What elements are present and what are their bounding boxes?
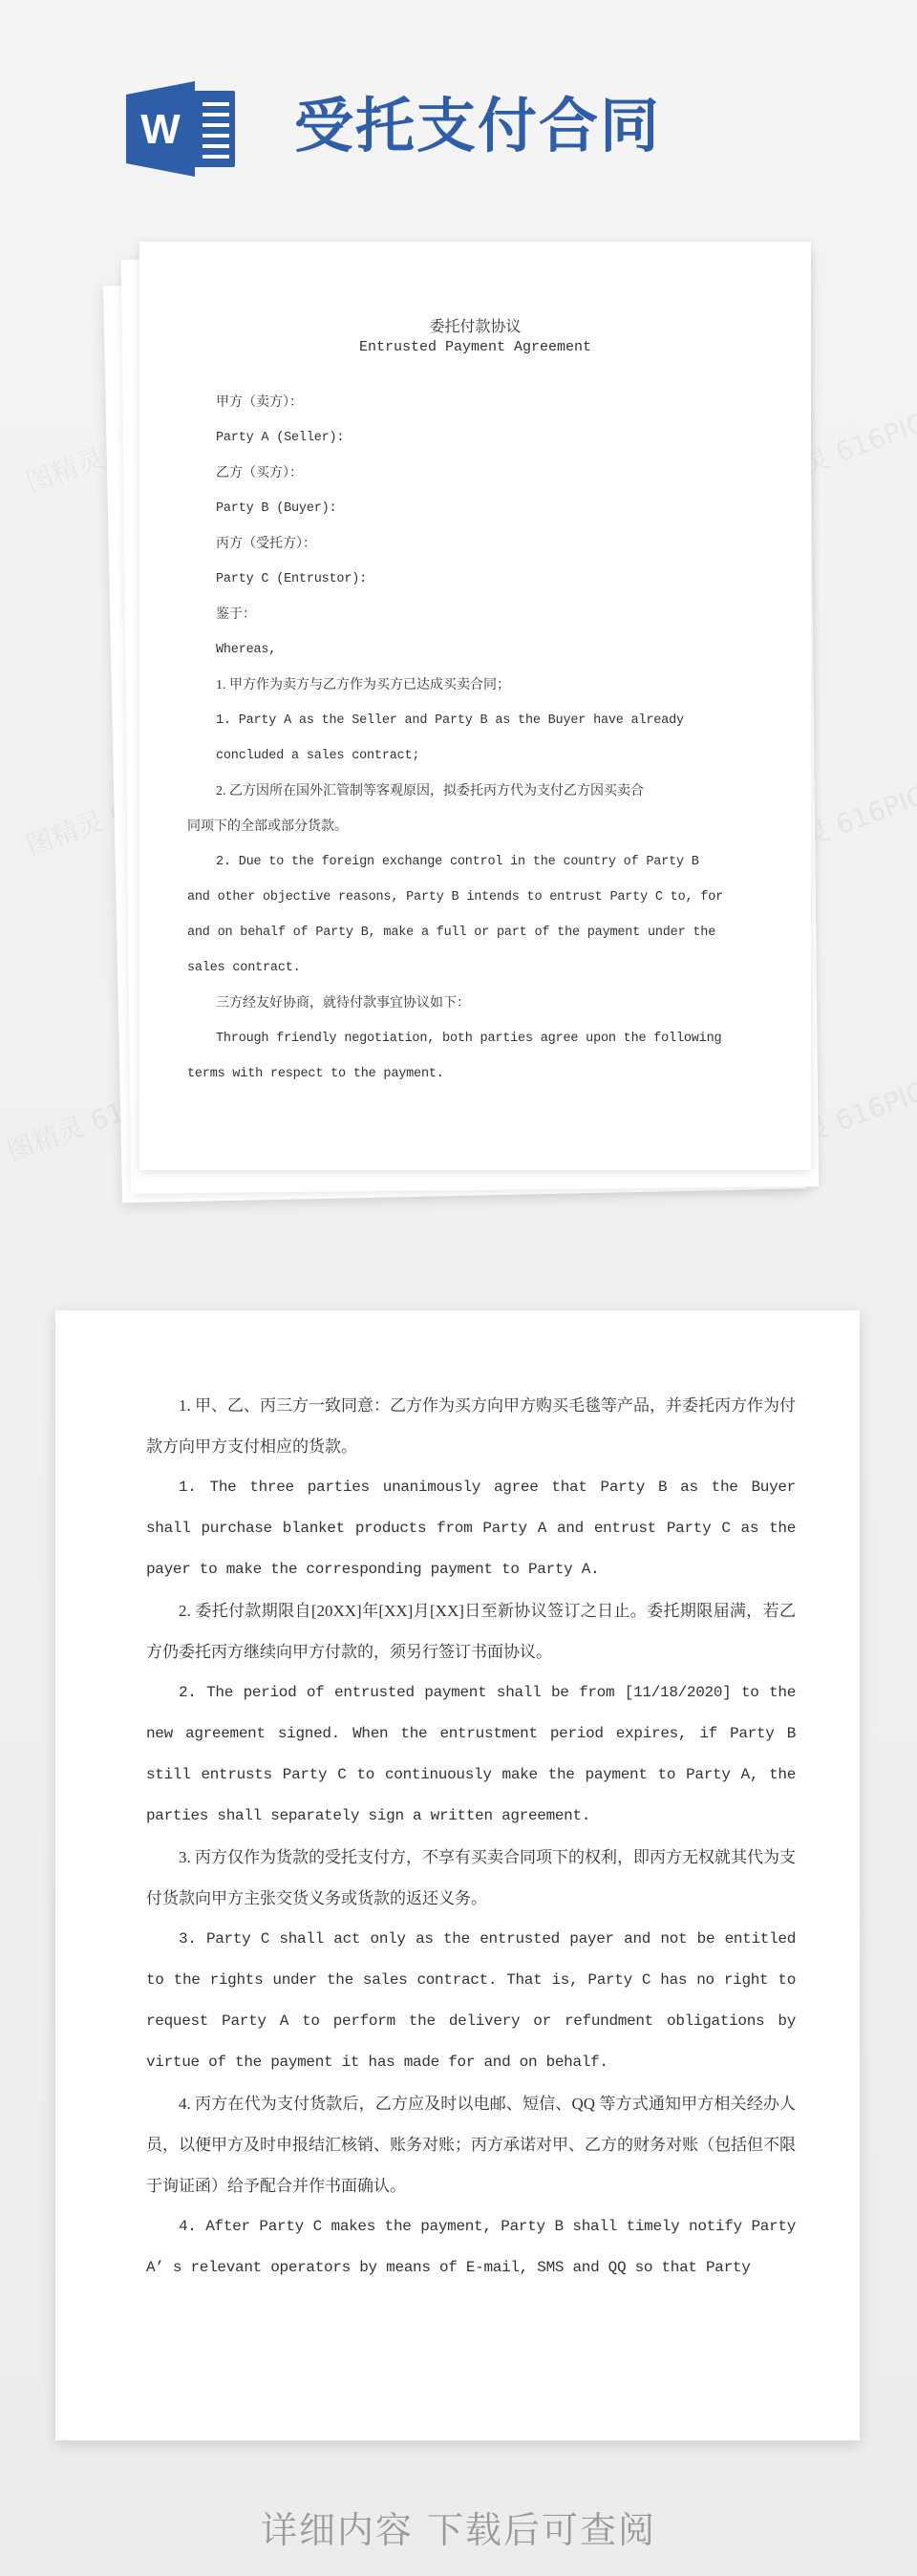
term-4-cn: 4. 丙方在代为支付货款后，乙方应及时以电邮、短信、QQ 等方式通知甲方相关经办… xyxy=(146,2083,796,2206)
document-body: 1. 甲、乙、丙三方一致同意：乙方作为买方向甲方购买毛毯等产品，并委托丙方作为付… xyxy=(146,1385,796,2289)
clause-2-en-cont: and on behalf of Party B, make a full or… xyxy=(187,915,779,950)
document-page-2: 1. 甲、乙、丙三方一致同意：乙方作为买方向甲方购买毛毯等产品，并委托丙方作为付… xyxy=(55,1310,860,2440)
whereas-cn: 鉴于： xyxy=(216,597,779,632)
whereas-en: Whereas, xyxy=(216,632,779,668)
document-title-en: Entrusted Payment Agreement xyxy=(139,339,811,355)
clause-2-en-cont: sales contract. xyxy=(187,950,779,986)
term-1-cn: 1. 甲、乙、丙三方一致同意：乙方作为买方向甲方购买毛毯等产品，并委托丙方作为付… xyxy=(146,1385,796,1467)
party-a-cn: 甲方（卖方）： xyxy=(216,385,779,420)
clause-2-en-cont: and other objective reasons, Party B int… xyxy=(187,880,779,915)
word-document-icon: W xyxy=(126,81,241,177)
page-title: 受托支付合同 xyxy=(294,88,661,164)
document-title-cn: 委托付款协议 xyxy=(139,314,811,336)
term-1-en: 1. The three parties unanimously agree t… xyxy=(146,1467,796,1590)
party-b-cn: 乙方（买方）： xyxy=(216,456,779,491)
word-icon-letter: W xyxy=(134,108,187,152)
clause-2-cn: 2. 乙方因所在国外汇管制等客观原因，拟委托丙方代为支付乙方因买卖合 xyxy=(216,774,779,809)
party-b-en: Party B (Buyer): xyxy=(216,491,779,526)
clause-1-en: 1. Party A as the Seller and Party B as … xyxy=(216,703,779,738)
party-a-en: Party A (Seller): xyxy=(216,420,779,456)
term-3-en: 3. Party C shall act only as the entrust… xyxy=(146,1919,796,2083)
term-3-cn: 3. 丙方仅作为货款的受托支付方，不享有买卖合同项下的权利，即丙方无权就其代为支… xyxy=(146,1837,796,1919)
header: W 受托支付合同 xyxy=(0,0,917,220)
agreement-intro-cn: 三方经友好协商，就待付款事宜协议如下： xyxy=(216,986,779,1021)
clause-2-en: 2. Due to the foreign exchange control i… xyxy=(216,844,779,880)
download-notice: 详细内容 下载后可查阅 xyxy=(0,2501,917,2553)
term-4-en: 4. After Party C makes the payment, Part… xyxy=(146,2206,796,2289)
term-2-en: 2. The period of entrusted payment shall… xyxy=(146,1672,796,1837)
party-c-en: Party C (Entrustor): xyxy=(216,562,779,597)
agreement-intro-en-cont: terms with respect to the payment. xyxy=(187,1056,779,1092)
document-body: 甲方（卖方）： Party A (Seller): 乙方（买方）： Party … xyxy=(216,385,779,1092)
clause-2-cn-cont: 同项下的全部或部分货款。 xyxy=(187,809,779,844)
clause-1-cn: 1. 甲方作为卖方与乙方作为买方已达成买卖合同； xyxy=(216,668,779,703)
party-c-cn: 丙方（受托方）： xyxy=(216,526,779,562)
word-icon-lines xyxy=(203,102,229,165)
term-2-cn: 2. 委托付款期限自[20XX]年[XX]月[XX]日至新协议签订之日止。委托期… xyxy=(146,1590,796,1672)
agreement-intro-en: Through friendly negotiation, both parti… xyxy=(216,1021,779,1056)
document-page-1: 委托付款协议 Entrusted Payment Agreement 甲方（卖方… xyxy=(139,242,811,1170)
clause-1-en-cont: concluded a sales contract; xyxy=(216,738,779,774)
